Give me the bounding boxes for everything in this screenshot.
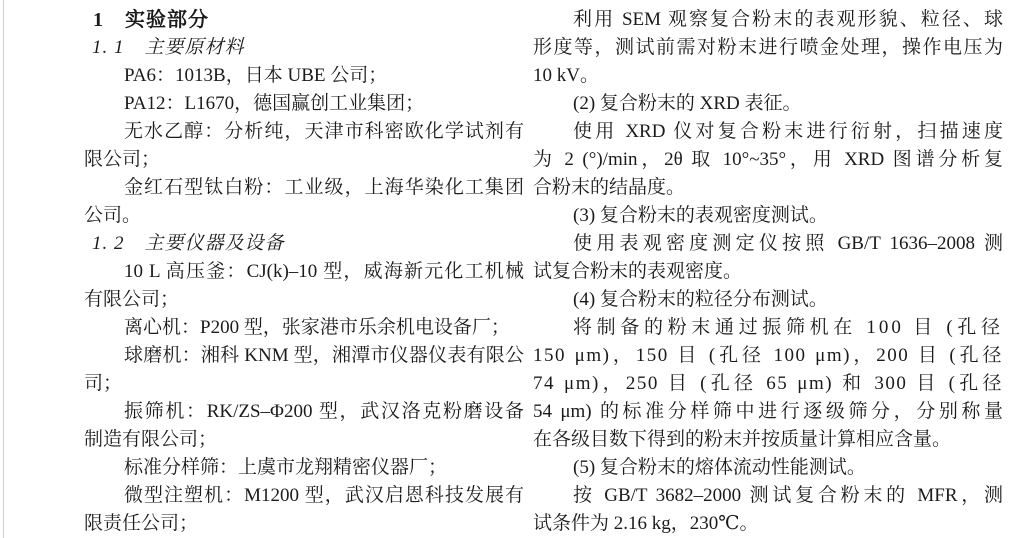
text-line: 150 μm)，150 目 (孔径 100 μm)，200 目 (孔径 (533, 342, 1003, 370)
subheading-raw-materials: 1. 1 主要原材料 (84, 34, 524, 62)
text-line: (5) 复合粉末的熔体流动性能测试。 (533, 454, 1003, 482)
text-line: PA6：1013B，日本 UBE 公司； (84, 62, 524, 90)
text-line: 在各级目数下得到的粉末并按质量计算相应含量。 (533, 426, 1003, 454)
right-column: 利用 SEM 观察复合粉末的表观形貌、粒径、球 形度等，测试前需对粉末进行喷金处… (533, 6, 1003, 538)
text-line: 微型注塑机：M1200 型，武汉启恩科技发展有 (84, 482, 524, 510)
text-line: 球磨机：湘科 KNM 型，湘潭市仪器仪表有限公 (84, 342, 524, 370)
text-line: 使用 XRD 仪对复合粉末进行衍射，扫描速度 (533, 118, 1003, 146)
text-line: 有限公司； (84, 286, 524, 314)
text-line: 限公司； (84, 146, 524, 174)
text-line: 54 μm) 的标准分样筛中进行逐级筛分，分别称量 (533, 398, 1003, 426)
left-column: 1 实验部分 1. 1 主要原材料 PA6：1013B，日本 UBE 公司； P… (84, 6, 524, 538)
paper-page: 1 实验部分 1. 1 主要原材料 PA6：1013B，日本 UBE 公司； P… (0, 0, 1031, 538)
subheading-instruments: 1. 2 主要仪器及设备 (84, 230, 524, 258)
text-line: 10 kV。 (533, 62, 1003, 90)
text-line: 利用 SEM 观察复合粉末的表观形貌、粒径、球 (533, 6, 1003, 34)
text-line: 形度等，测试前需对粉末进行喷金处理，操作电压为 (533, 34, 1003, 62)
section-heading-experimental: 1 实验部分 (84, 6, 524, 34)
text-line: 制造有限公司； (84, 426, 524, 454)
text-line: 限责任公司； (84, 510, 524, 538)
text-line: PA12：L1670，德国赢创工业集团； (84, 90, 524, 118)
text-line: 试条件为 2.16 kg，230℃。 (533, 510, 1003, 538)
text-line: 合粉末的结晶度。 (533, 174, 1003, 202)
text-line: 标准分样筛：上虞市龙翔精密仪器厂； (84, 454, 524, 482)
text-line: 金红石型钛白粉：工业级，上海华染化工集团 (84, 174, 524, 202)
text-line: 74 μm)，250 目 (孔径 65 μm) 和 300 目 (孔径 (533, 370, 1003, 398)
text-line: 试复合粉末的表观密度。 (533, 258, 1003, 286)
text-line: 为 2 (°)/min，2θ 取 10°~35°，用 XRD 图谱分析复 (533, 146, 1003, 174)
text-line: 公司。 (84, 202, 524, 230)
left-edge-rule (3, 0, 4, 538)
text-line: 司； (84, 370, 524, 398)
text-line: 10 L 高压釜：CJ(k)–10 型，威海新元化工机械 (84, 258, 524, 286)
text-line: 离心机：P200 型，张家港市乐余机电设备厂； (84, 314, 524, 342)
text-line: 按 GB/T 3682–2000 测试复合粉末的 MFR，测 (533, 482, 1003, 510)
text-line: (3) 复合粉末的表观密度测试。 (533, 202, 1003, 230)
text-line: 振筛机：RK/ZS–Φ200 型，武汉洛克粉磨设备 (84, 398, 524, 426)
text-line: 将制备的粉末通过振筛机在 100 目 (孔径 (533, 314, 1003, 342)
text-line: 无水乙醇：分析纯，天津市科密欧化学试剂有 (84, 118, 524, 146)
text-line: (2) 复合粉末的 XRD 表征。 (533, 90, 1003, 118)
text-line: 使用表观密度测定仪按照 GB/T 1636–2008 测 (533, 230, 1003, 258)
text-line: (4) 复合粉末的粒径分布测试。 (533, 286, 1003, 314)
